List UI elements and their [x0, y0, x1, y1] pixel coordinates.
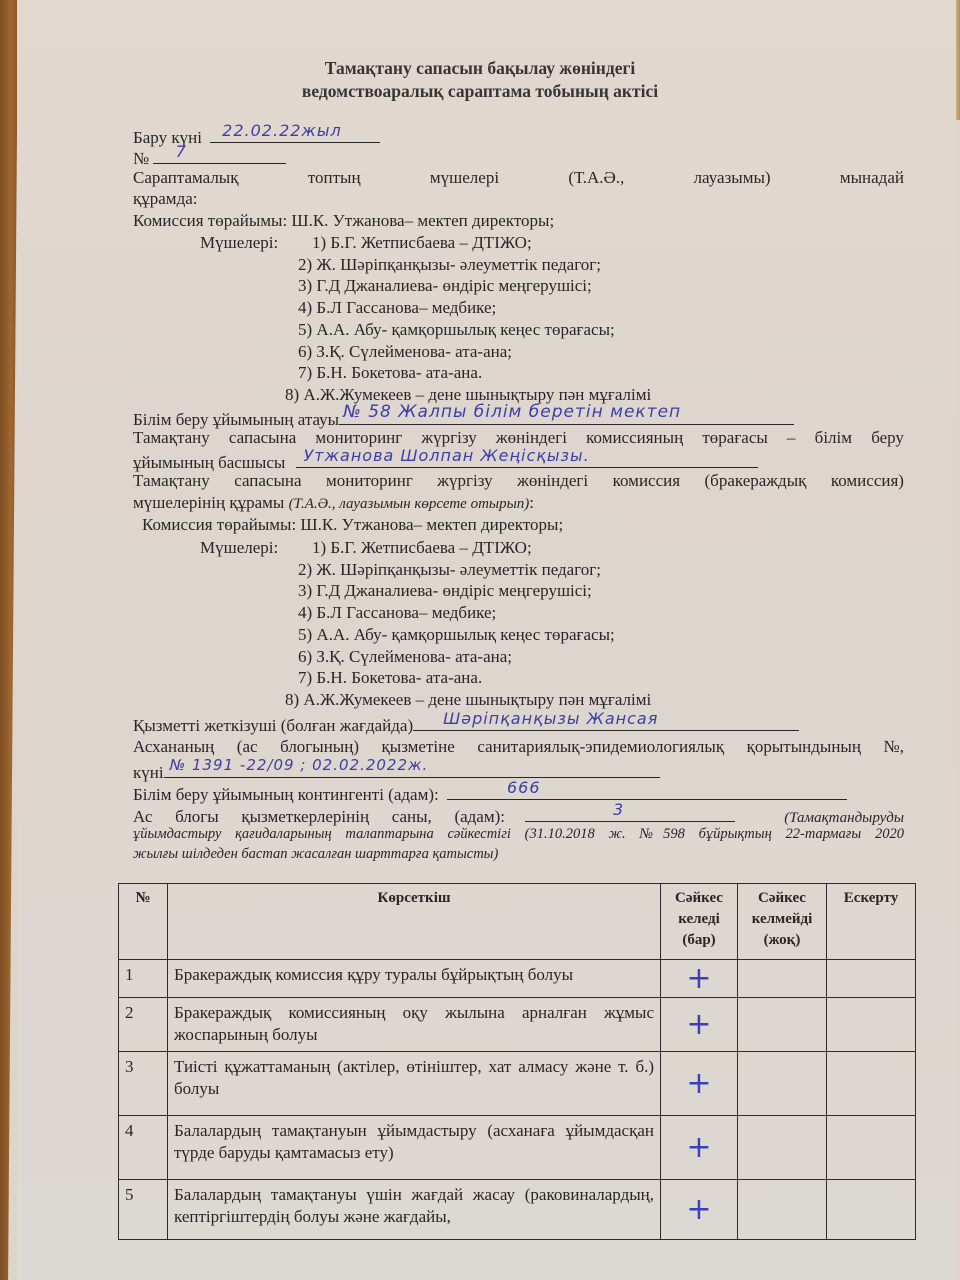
group2-members-label: Мүшелері:: [200, 537, 278, 558]
cell-compliant[interactable]: +: [661, 1180, 738, 1240]
word: жөніндегі: [517, 470, 588, 491]
word: №,: [883, 736, 903, 757]
cell-indicator: Тиісті құжаттаманың (актілер, өтініштер,…: [168, 1052, 661, 1116]
cell-no: 3: [119, 1052, 168, 1116]
word: Сараптамалық: [133, 167, 239, 188]
commission-cont-row: мүшелерінің құрамы (Т.А.Ә., лауазымын кө…: [133, 492, 534, 515]
member-item: 8) А.Ж.Жумекеев – дене шынықтыру пән мұғ…: [285, 689, 651, 710]
word: қызметіне: [382, 736, 455, 757]
expert-group-line: Сараптамалықтоптыңмүшелері(Т.А.Ә.,лауазы…: [133, 167, 904, 188]
number-field[interactable]: 7: [153, 145, 286, 164]
member-item: 4) Б.Л Гассанова– медбике;: [298, 602, 496, 623]
word: лауазымы): [694, 167, 771, 188]
member-item: 6) З.Қ. Сүлейменова- ата-ана;: [298, 646, 512, 667]
number-value: 7: [175, 141, 186, 162]
sanitary-value: № 1391 -22/09 ; 02.02.2022ж.: [170, 755, 429, 776]
word: білім: [815, 427, 852, 448]
word: (ас: [237, 736, 258, 757]
supplier-value: Шәріпқанқызы Жансая: [443, 708, 658, 729]
cell-no: 1: [119, 960, 168, 998]
word: беру: [871, 427, 904, 448]
word: топтың: [308, 167, 361, 188]
header-note: Ескерту: [827, 884, 916, 960]
word: комиссия: [613, 470, 680, 491]
document-title: Тамақтану сапасын бақылау жөніндегі ведо…: [0, 57, 960, 103]
sanitary-date-row: күні № 1391 -22/09 ; 02.02.2022ж.: [133, 759, 660, 783]
contingent-row: Білім беру ұйымының контингенті (адам): …: [133, 781, 847, 805]
word: қорытындының: [747, 736, 861, 757]
word: комиссияның: [586, 427, 683, 448]
table-row: 2Бракераждық комиссияның оқу жылына арна…: [119, 998, 916, 1052]
cell-noncompliant[interactable]: [738, 998, 827, 1052]
expert-group-cont: құрамда:: [133, 188, 197, 209]
cell-noncompliant[interactable]: [738, 1052, 827, 1116]
word: блогының): [280, 736, 359, 757]
word: жүргізу: [437, 470, 492, 491]
cell-indicator: Балалардың тамақтануы үшін жағдай жасау …: [168, 1180, 661, 1240]
title-line-1: Тамақтану сапасын бақылау жөніндегі: [0, 57, 960, 80]
staff-note-line3: жылғы шілдеден бастап жасалған шарттарға…: [133, 844, 498, 865]
contingent-field[interactable]: 666: [447, 781, 847, 800]
commission-cont-italic: (Т.А.Ә., лауазымын көрсете отырып): [289, 496, 530, 512]
cell-noncompliant[interactable]: [738, 960, 827, 998]
word: сапасына: [234, 470, 301, 491]
member-item: 2) Ж. Шәріпқанқызы- әлеуметтік педагог;: [298, 559, 601, 580]
table-row: 1Бракераждық комиссия құру туралы бұйрық…: [119, 960, 916, 998]
word: мүшелері: [430, 167, 499, 188]
cell-indicator: Бракераждық комиссия құру туралы бұйрықт…: [168, 960, 661, 998]
table-row: 5Балалардың тамақтануы үшін жағдай жасау…: [119, 1180, 916, 1240]
word: Тамақтану: [133, 470, 210, 491]
member-item: 5) А.А. Абу- қамқоршылық кеңес төрағасы;: [298, 624, 615, 645]
member-item: 1) Б.Г. Жетписбаева – ДТІЖО;: [312, 537, 532, 558]
cell-indicator: Балалардың тамақтануын ұйымдастыру (асха…: [168, 1116, 661, 1180]
header-noncompliant: Сәйкес келмейді (жоқ): [738, 884, 827, 960]
member-item: 6) З.Қ. Сүлейменова- ата-ана;: [298, 341, 512, 362]
visit-date-value: 22.02.22жыл: [222, 120, 342, 141]
visit-date-field[interactable]: 22.02.22жыл: [210, 124, 380, 143]
org-name-value: № 58 Жалпы білім беретін мектеп: [343, 402, 681, 423]
word: (бракераждық: [705, 470, 807, 491]
number-row: № 7: [133, 145, 286, 169]
group1-chair: Комиссия төрайымы: Ш.К. Утжанова– мектеп…: [133, 210, 554, 231]
member-item: 2) Ж. Шәріпқанқызы- әлеуметтік педагог;: [298, 254, 601, 275]
monitoring-chair-field[interactable]: Утжанова Шолпан Жеңісқызы.: [296, 449, 758, 468]
cell-note[interactable]: [827, 1052, 916, 1116]
contingent-value: 666: [507, 777, 541, 798]
cell-note[interactable]: [827, 1180, 916, 1240]
cell-no: 2: [119, 998, 168, 1052]
member-item: 4) Б.Л Гассанова– медбике;: [298, 297, 496, 318]
wooden-table-edge: [0, 0, 18, 1280]
header-compliant: Сәйкес келеді (бар): [661, 884, 738, 960]
cell-indicator: Бракераждық комиссияның оқу жылына арнал…: [168, 998, 661, 1052]
sanitary-field[interactable]: № 1391 -22/09 ; 02.02.2022ж.: [164, 759, 660, 778]
cell-compliant[interactable]: +: [661, 960, 738, 998]
staff-value: 3: [613, 799, 624, 820]
contingent-label: Білім беру ұйымының контингенті (адам):: [133, 785, 439, 804]
word: Асхананың: [133, 736, 214, 757]
cell-noncompliant[interactable]: [738, 1180, 827, 1240]
word: санитариялық-эпидемиологиялық: [477, 736, 724, 757]
commission-cont-end: :: [529, 493, 534, 512]
word: Тамақтану: [133, 427, 210, 448]
word: (Т.А.Ә.,: [568, 167, 624, 188]
checklist-table: № Көрсеткіш Сәйкес келеді (бар) Сәйкес к…: [118, 883, 916, 1240]
title-line-2: ведомствоаралық сараптама тобының актісі: [0, 80, 960, 103]
commission-cont: мүшелерінің құрамы: [133, 493, 284, 512]
staff-note-line2: ұйымдастыру қағидаларының талаптарына сә…: [133, 824, 904, 845]
cell-no: 4: [119, 1116, 168, 1180]
cell-noncompliant[interactable]: [738, 1116, 827, 1180]
word: мониторинг: [326, 470, 413, 491]
sanitary-line: Асхананың(асблогының)қызметінесанитариял…: [133, 736, 904, 757]
word: –: [787, 427, 796, 448]
cell-compliant[interactable]: +: [661, 998, 738, 1052]
org-name-field[interactable]: № 58 Жалпы білім беретін мектеп: [339, 406, 794, 425]
table-row: 4Балалардың тамақтануын ұйымдастыру (асх…: [119, 1116, 916, 1180]
group1-members-label: Мүшелері:: [200, 232, 278, 253]
member-item: 3) Г.Д Джаналиева- өндіріс меңгерушісі;: [298, 275, 592, 296]
supplier-row: Қызметті жеткізуші (болған жағдайда) Шәр…: [133, 712, 799, 736]
cell-no: 5: [119, 1180, 168, 1240]
member-item: 3) Г.Д Джаналиева- өндіріс меңгерушісі;: [298, 580, 592, 601]
word: комиссия): [831, 470, 904, 491]
group2-chair: Комиссия төрайымы: Ш.К. Утжанова– мектеп…: [142, 514, 563, 535]
cell-note[interactable]: [827, 998, 916, 1052]
word: мынадай: [840, 167, 904, 188]
word: төрағасы: [702, 427, 767, 448]
table-header-row: № Көрсеткіш Сәйкес келеді (бар) Сәйкес к…: [119, 884, 916, 960]
member-item: 1) Б.Г. Жетписбаева – ДТІЖО;: [312, 232, 532, 253]
word: сапасына: [229, 427, 296, 448]
number-label: №: [133, 149, 149, 168]
member-item: 7) Б.Н. Бокетова- ата-ана.: [298, 362, 482, 383]
staff-field[interactable]: 3: [525, 803, 735, 822]
table-row: 3Тиісті құжаттаманың (актілер, өтініштер…: [119, 1052, 916, 1116]
header-indicator: Көрсеткіш: [168, 884, 661, 960]
cell-note[interactable]: [827, 960, 916, 998]
sanitary-date-label: күні: [133, 763, 164, 782]
monitoring-chair-value: Утжанова Шолпан Жеңісқызы.: [304, 445, 590, 466]
header-no: №: [119, 884, 168, 960]
member-item: 7) Б.Н. Бокетова- ата-ана.: [298, 667, 482, 688]
member-item: 5) А.А. Абу- қамқоршылық кеңес төрағасы;: [298, 319, 615, 340]
commission-line: Тамақтанусапасынамониторингжүргізужөнінд…: [133, 470, 904, 491]
supplier-label: Қызметті жеткізуші (болған жағдайда): [133, 716, 413, 735]
cell-note[interactable]: [827, 1116, 916, 1180]
supplier-field[interactable]: Шәріпқанқызы Жансая: [413, 712, 799, 731]
cell-compliant[interactable]: +: [661, 1052, 738, 1116]
cell-compliant[interactable]: +: [661, 1116, 738, 1180]
